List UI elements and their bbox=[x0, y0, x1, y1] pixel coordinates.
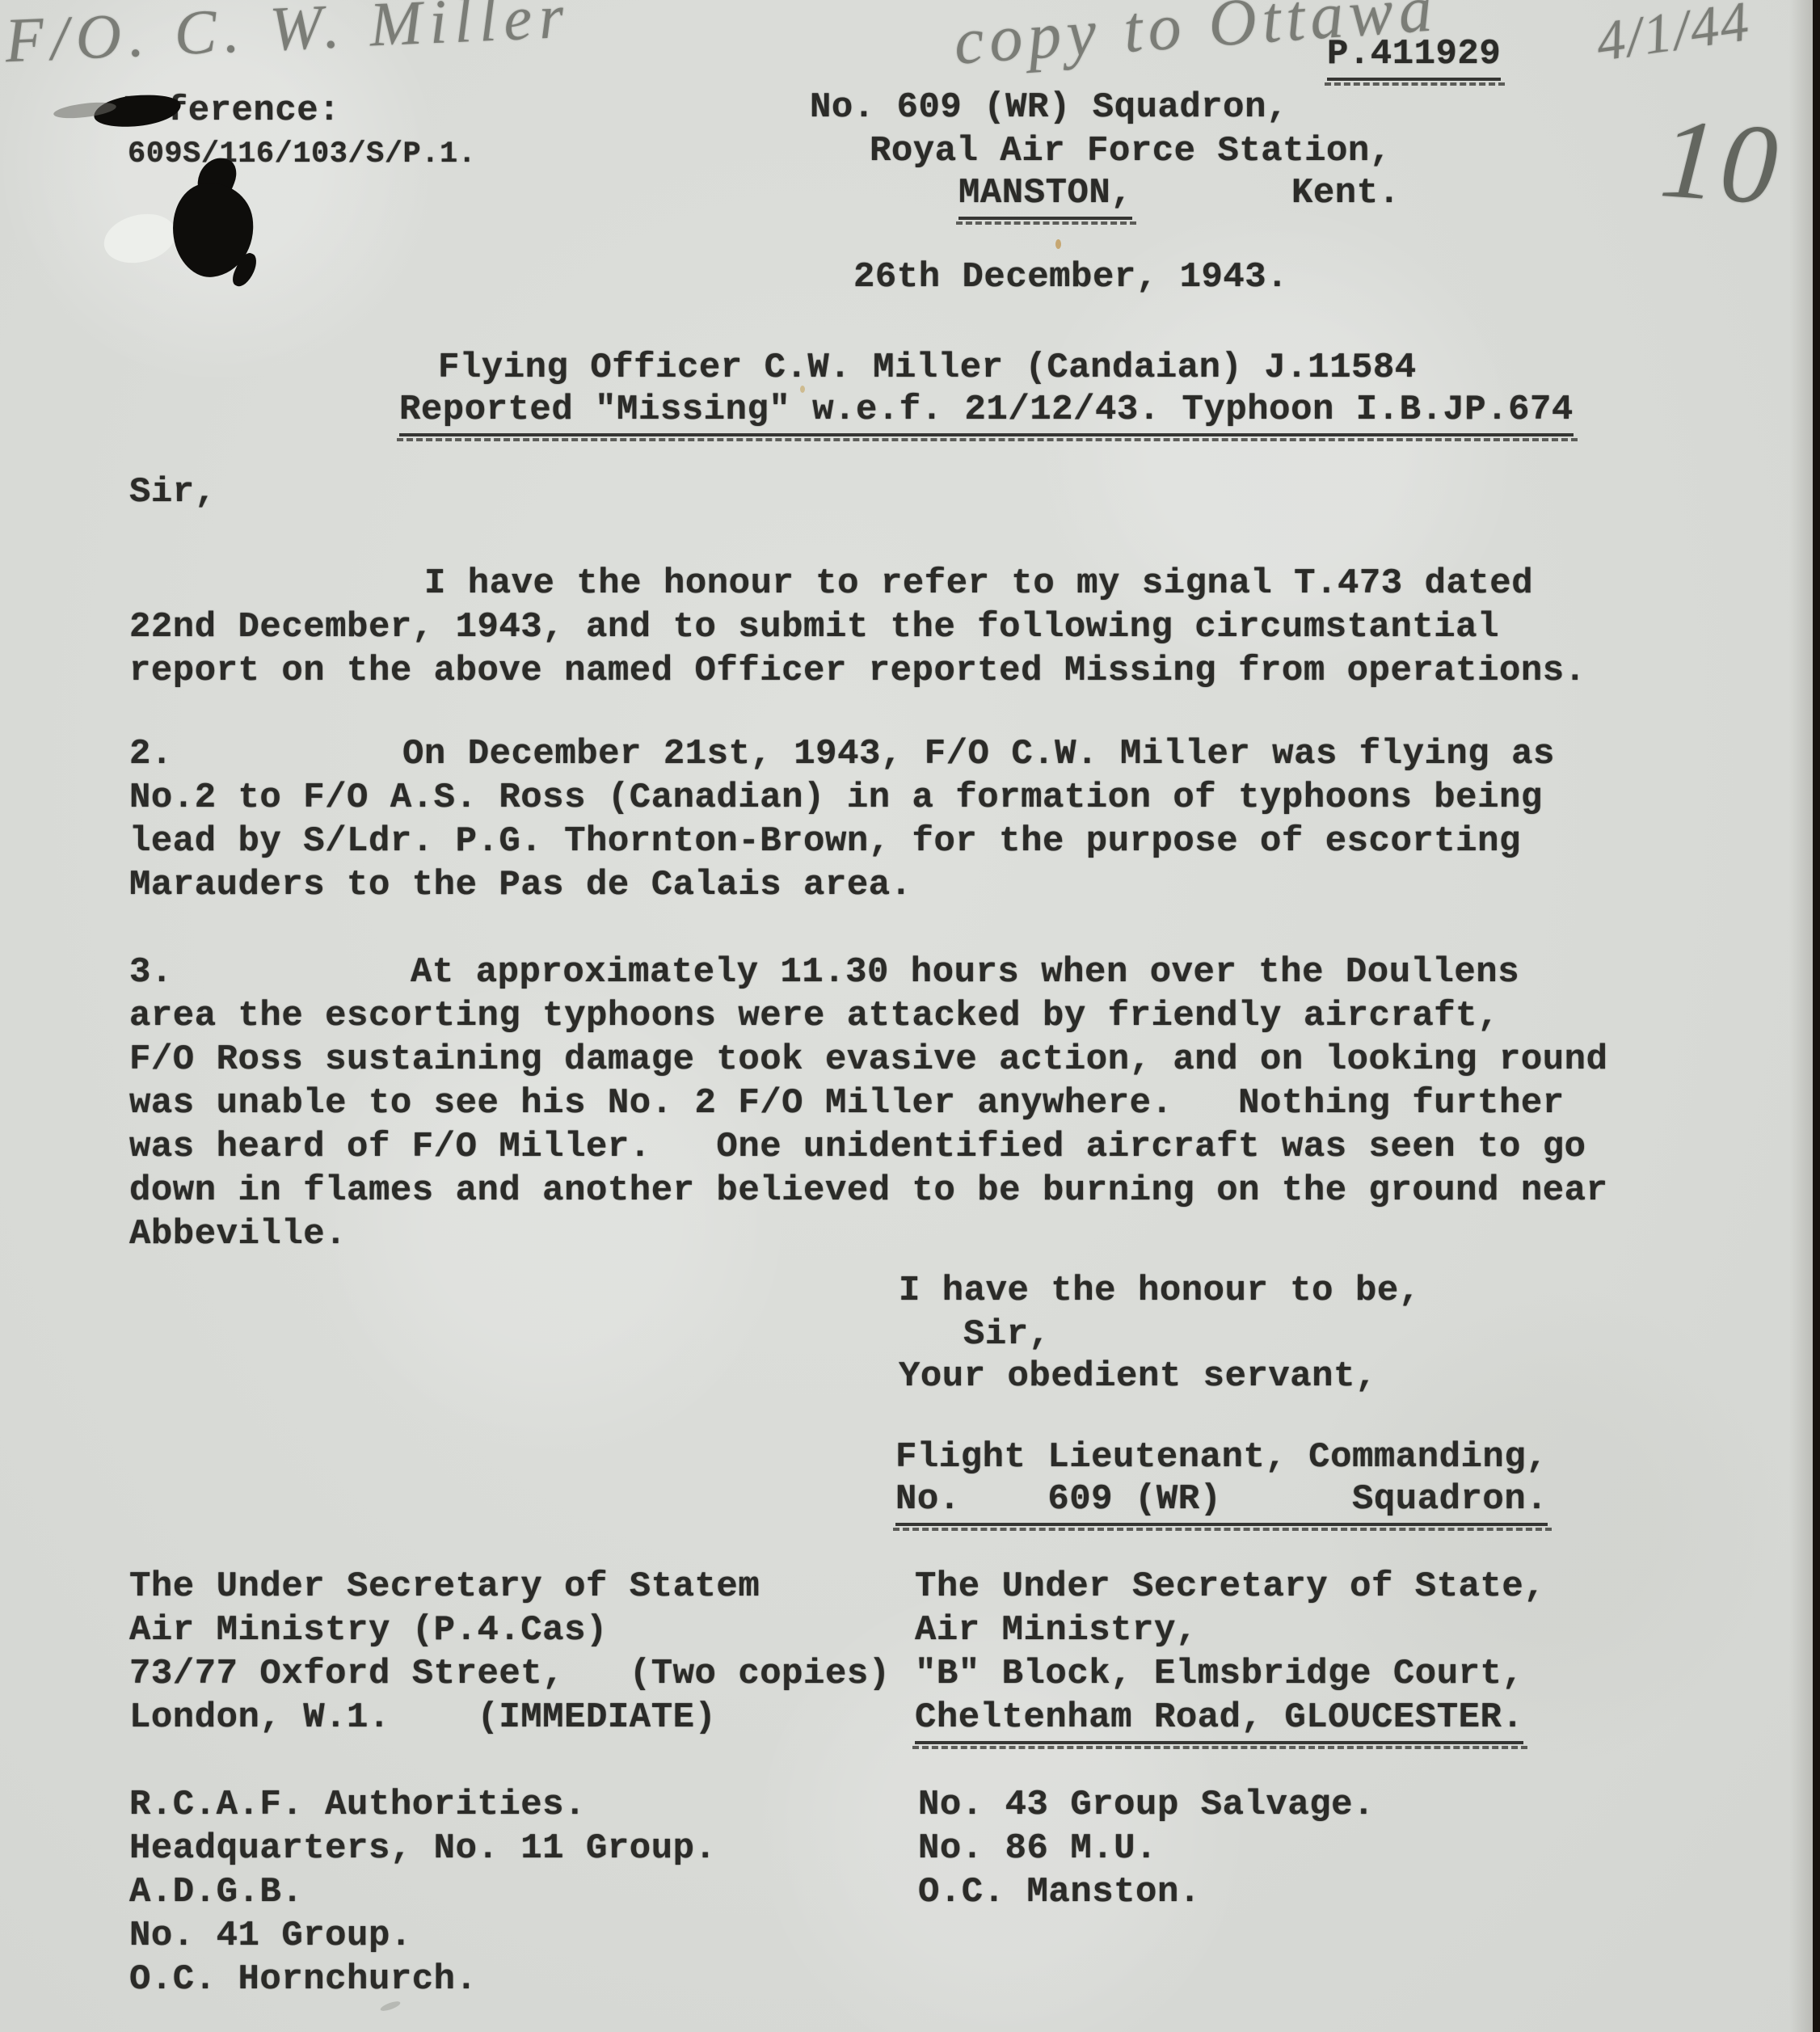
recipient-left-line: London, W.1. (IMMEDIATE) bbox=[129, 1697, 716, 1739]
para3-line: Abbeville. bbox=[129, 1214, 347, 1255]
closing-line: Your obedient servant, bbox=[899, 1356, 1377, 1398]
recipient-left-line: Air Ministry (P.4.Cas) bbox=[129, 1610, 608, 1651]
letter-page: F/O. C. W. Miller copy to Ottawa 4/1/44 … bbox=[0, 0, 1820, 2032]
letterhead-station: Royal Air Force Station, bbox=[870, 131, 1392, 172]
recipient-left-line: 73/77 Oxford Street, (Two copies) bbox=[129, 1654, 891, 1695]
paper-speck bbox=[379, 2000, 401, 2013]
para3-line: At approximately 11.30 hours when over t… bbox=[411, 952, 1519, 993]
para2-line: No.2 to F/O A.S. Ross (Canadian) in a fo… bbox=[129, 778, 1543, 819]
page-edge bbox=[1813, 0, 1820, 2032]
para3-line: was heard of F/O Miller. One unidentifie… bbox=[129, 1127, 1586, 1168]
para2-number: 2. bbox=[129, 734, 173, 775]
recipient-left-line: The Under Secretary of Statem bbox=[129, 1566, 760, 1608]
distribution-left-line: A.D.G.B. bbox=[129, 1872, 303, 1913]
letterhead-location: MANSTON, bbox=[958, 173, 1132, 220]
para3-line: area the escorting typhoons were attacke… bbox=[129, 996, 1499, 1037]
recipient-right-line: The Under Secretary of State, bbox=[915, 1566, 1545, 1608]
closing-line: I have the honour to be, bbox=[899, 1271, 1421, 1312]
para1-line: report on the above named Officer report… bbox=[129, 651, 1586, 692]
distribution-right-line: No. 43 Group Salvage. bbox=[918, 1785, 1375, 1826]
distribution-left-line: Headquarters, No. 11 Group. bbox=[129, 1828, 716, 1870]
paper-speck bbox=[1055, 239, 1061, 249]
recipient-right-line: Cheltenham Road, GLOUCESTER. bbox=[915, 1697, 1523, 1744]
file-number: P.411929 bbox=[1327, 34, 1501, 81]
para2-line: lead by S/Ldr. P.G. Thornton-Brown, for … bbox=[129, 821, 1521, 862]
recipient-right-line: Air Ministry, bbox=[915, 1610, 1198, 1651]
letterhead-unit: No. 609 (WR) Squadron, bbox=[810, 87, 1288, 129]
subject-line-1: Flying Officer C.W. Miller (Candaian) J.… bbox=[438, 348, 1417, 389]
letterhead-county: Kent. bbox=[1291, 173, 1401, 214]
distribution-left-line: No. 41 Group. bbox=[129, 1916, 412, 1957]
page-edge-shadow bbox=[1789, 0, 1814, 2032]
distribution-right-line: O.C. Manston. bbox=[918, 1872, 1201, 1913]
para3-line: was unable to see his No. 2 F/O Miller a… bbox=[129, 1083, 1565, 1124]
para2-line: On December 21st, 1943, F/O C.W. Miller … bbox=[402, 734, 1555, 775]
signature-rank: Flight Lieutenant, Commanding, bbox=[895, 1437, 1548, 1478]
handwritten-date-note: 4/1/44 bbox=[1592, 0, 1754, 75]
closing-line: Sir, bbox=[963, 1314, 1051, 1355]
para3-line: down in flames and another believed to b… bbox=[129, 1170, 1608, 1212]
recipient-right-line: "B" Block, Elmsbridge Court, bbox=[915, 1654, 1523, 1695]
signature-unit: No. 609 (WR) Squadron. bbox=[895, 1479, 1548, 1526]
reference-number: 609S/116/103/S/P.1. bbox=[128, 137, 476, 172]
para2-line: Marauders to the Pas de Calais area. bbox=[129, 865, 912, 906]
letter-date: 26th December, 1943. bbox=[853, 257, 1288, 298]
para1-line: I have the honour to refer to my signal … bbox=[424, 563, 1533, 605]
salutation: Sir, bbox=[129, 472, 217, 513]
distribution-left-line: O.C. Hornchurch. bbox=[129, 1959, 477, 2000]
para3-number: 3. bbox=[129, 952, 173, 993]
white-paper-patch bbox=[99, 207, 180, 270]
subject-line-2: Reported "Missing" w.e.f. 21/12/43. Typh… bbox=[399, 390, 1574, 436]
handwritten-name-annotation: F/O. C. W. Miller bbox=[3, 0, 572, 77]
para3-line: F/O Ross sustaining damage took evasive … bbox=[129, 1039, 1608, 1081]
para1-line: 22nd December, 1943, and to submit the f… bbox=[129, 607, 1499, 648]
paper-speck bbox=[800, 386, 805, 393]
distribution-right-line: No. 86 M.U. bbox=[918, 1828, 1157, 1870]
handwritten-page-number: 10 bbox=[1657, 93, 1785, 231]
distribution-left-line: R.C.A.F. Authorities. bbox=[129, 1785, 586, 1826]
